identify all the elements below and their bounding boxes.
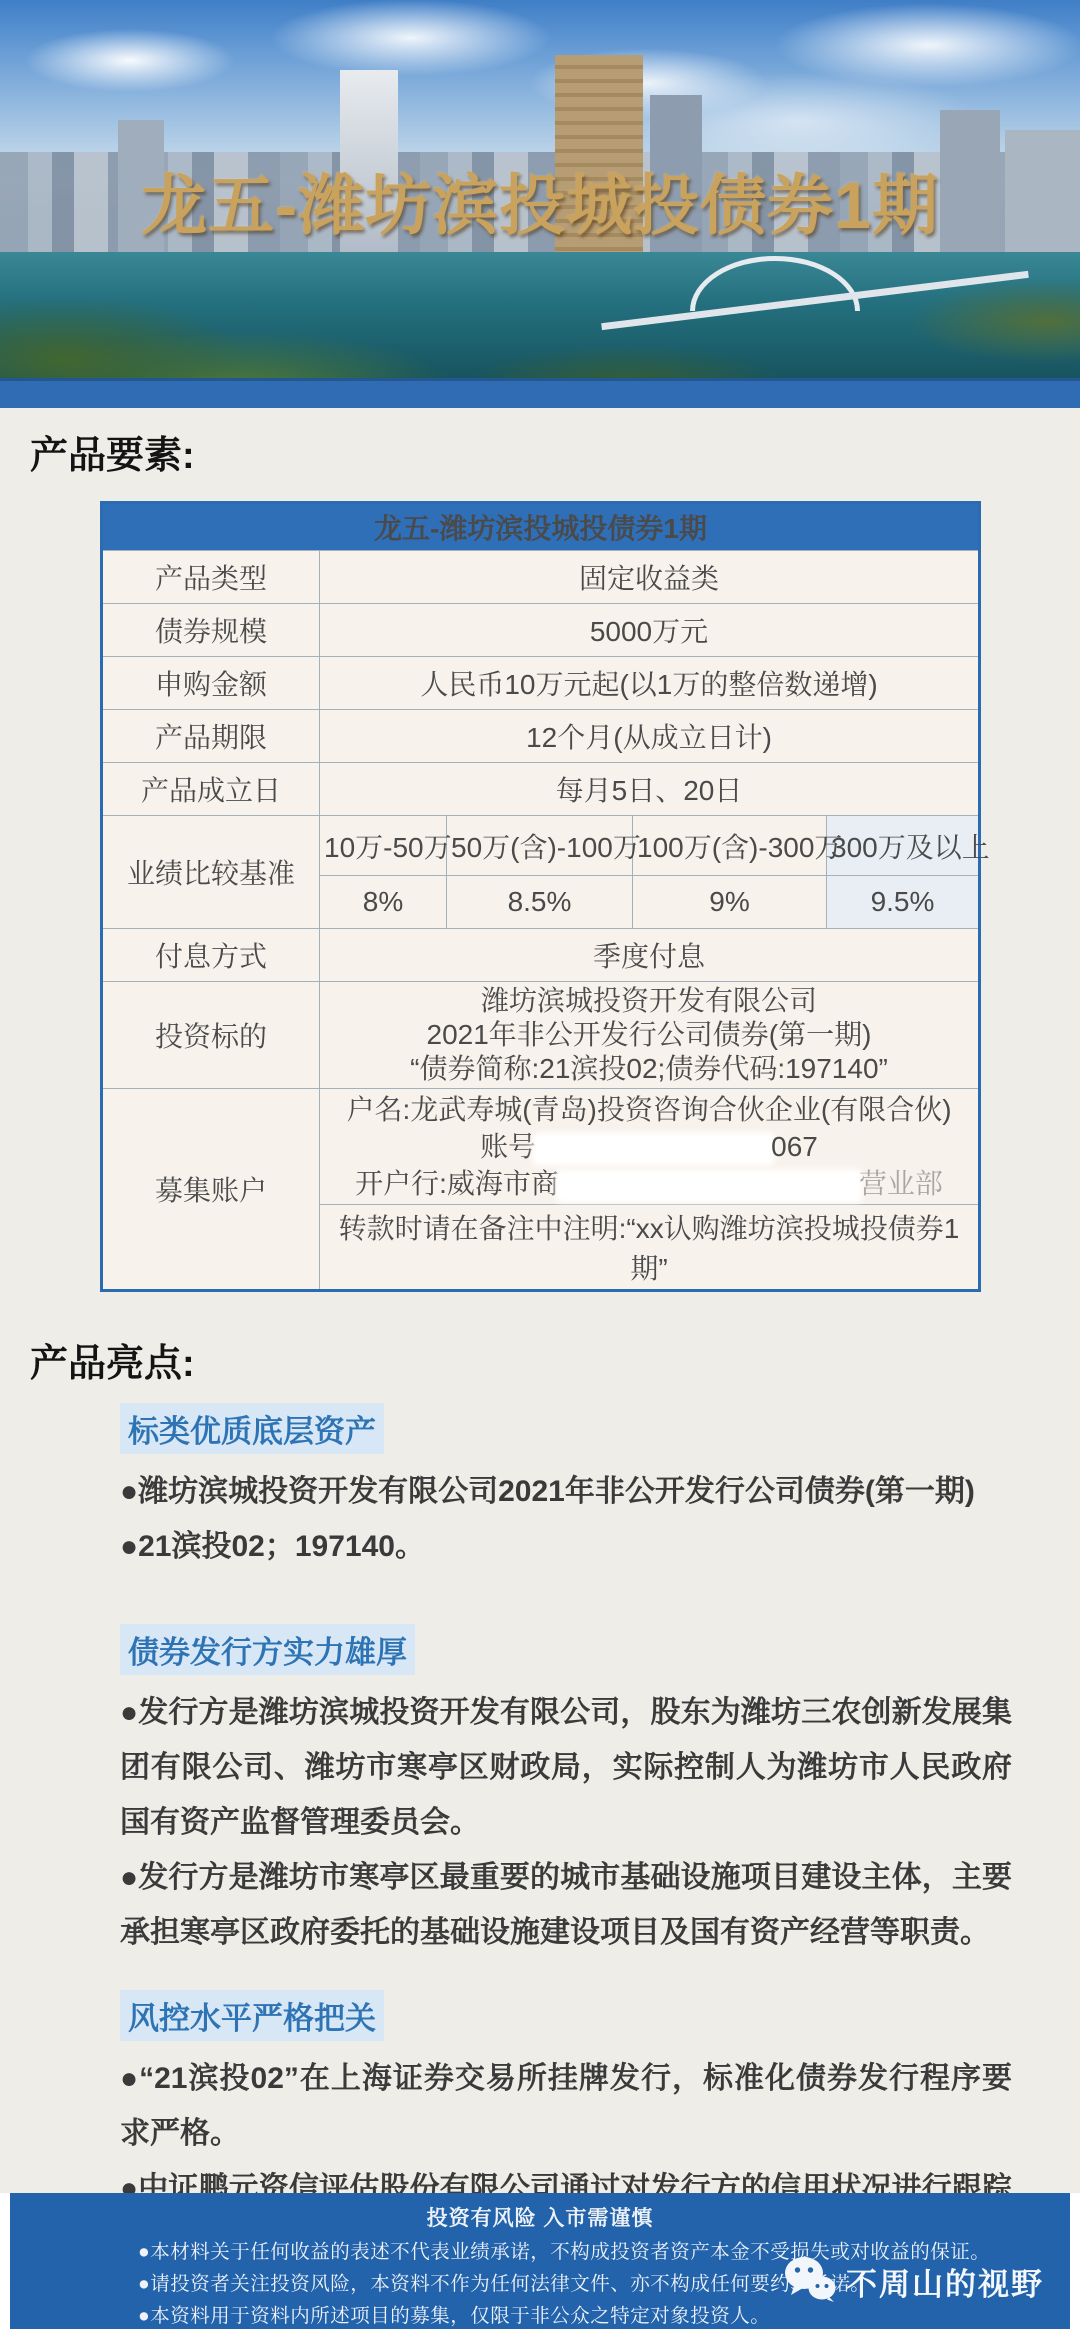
row-value: 季度付息 <box>320 929 980 982</box>
brand-badge: 不周山的视野 <box>784 2256 1044 2307</box>
blue-divider-band <box>0 378 1080 408</box>
benchmark-rate: 8.5% <box>447 876 633 929</box>
highlight-section-risk: 风控水平严格把关 ●“21滨投02”在上海证券交易所挂牌发行，标准化债券发行程序… <box>120 1990 1012 2193</box>
highlight-bullet: ●发行方是潍坊市寒亭区最重要的城市基础设施项目建设主体，主要承担寒亭区政府委托的… <box>120 1850 1012 1960</box>
content-area: 产品要素: 龙五-潍坊滨投城投债券1期 产品类型 固定收益类 债券规模 5000… <box>0 408 1080 2193</box>
benchmark-label: 业绩比较基准 <box>102 816 320 929</box>
benchmark-rate: 8% <box>320 876 447 929</box>
row-value: 固定收益类 <box>320 551 980 604</box>
benchmark-rate: 9.5% <box>827 876 980 929</box>
banner-title: 龙五-潍坊滨投城投债券1期 <box>0 152 1080 247</box>
benchmark-tier: 100万(含)-300万 <box>633 816 827 876</box>
account-bank-line: 开户行:威海市商营业部 <box>324 1165 974 1202</box>
row-value: 人民币10万元起(以1万的整倍数递增) <box>320 657 980 710</box>
account-cell: 户名:龙武寿城(青岛)投资咨询合伙企业(有限合伙) 账号067 开户行:威海市商… <box>320 1089 980 1205</box>
row-label: 投资标的 <box>102 982 320 1089</box>
redaction-box <box>536 1136 771 1162</box>
highlight-bullet: ●潍坊滨城投资开发有限公司2021年非公开发行公司债券(第一期) <box>120 1464 1012 1519</box>
redaction-box <box>559 1173 859 1199</box>
account-label: 募集账户 <box>102 1089 320 1291</box>
product-table: 龙五-潍坊滨投城投债券1期 产品类型 固定收益类 债券规模 5000万元 申购金… <box>100 501 981 1292</box>
highlight-bullet: ●21滨投02；197140。 <box>120 1519 1012 1574</box>
target-line: 2021年非公开发行公司债券(第一期) <box>324 1018 974 1052</box>
risk-disclaimer-footer: 投资有风险 入市需谨慎 ●本材料关于任何收益的表述不代表业绩承诺，不构成投资者资… <box>10 2193 1070 2329</box>
highlight-section-issuer: 债券发行方实力雄厚 ●发行方是潍坊滨城投资开发有限公司，股东为潍坊三农创新发展集… <box>120 1624 1012 1960</box>
river-art <box>0 252 1080 378</box>
section-heading-highlights: 产品亮点: <box>30 1332 1080 1387</box>
highlight-section-assets: 标类优质底层资产 ●潍坊滨城投资开发有限公司2021年非公开发行公司债券(第一期… <box>120 1403 1012 1574</box>
row-value: 每月5日、20日 <box>320 763 980 816</box>
benchmark-tier: 300万及以上 <box>827 816 980 876</box>
row-label: 产品成立日 <box>102 763 320 816</box>
risk-warning: 投资有风险 入市需谨慎 <box>10 2202 1070 2232</box>
benchmark-rate: 9% <box>633 876 827 929</box>
highlight-bullet: ●发行方是潍坊滨城投资开发有限公司，股东为潍坊三农创新发展集团有限公司、潍坊市寒… <box>120 1685 1012 1850</box>
table-title: 龙五-潍坊滨投城投债券1期 <box>102 503 980 551</box>
transfer-note: 转款时请在备注中注明:“xx认购潍坊滨投城投债券1期” <box>320 1205 980 1291</box>
highlight-title: 标类优质底层资产 <box>120 1403 384 1454</box>
account-number-line: 账号067 <box>324 1128 974 1165</box>
row-label: 付息方式 <box>102 929 320 982</box>
highlight-bullet: ●“21滨投02”在上海证券交易所挂牌发行，标准化债券发行程序要求严格。 <box>120 2051 1012 2161</box>
row-label: 产品期限 <box>102 710 320 763</box>
highlight-bullet: ●中证鹏元资信评估股份有限公司通过对发行方的信用状况进行跟踪分析和评估，确定维持… <box>120 2161 1012 2193</box>
banner-photo: 龙五-潍坊滨投城投债券1期 <box>0 0 1080 378</box>
brand-name: 不周山的视野 <box>846 2259 1044 2304</box>
row-label: 债券规模 <box>102 604 320 657</box>
wechat-icon <box>784 2256 838 2307</box>
section-heading-elements: 产品要素: <box>30 408 1080 479</box>
row-label: 申购金额 <box>102 657 320 710</box>
row-label: 产品类型 <box>102 551 320 604</box>
row-value: 12个月(从成立日计) <box>320 710 980 763</box>
target-line: “债券简称:21滨投02;债券代码:197140” <box>324 1052 974 1086</box>
row-value: 5000万元 <box>320 604 980 657</box>
highlight-title: 债券发行方实力雄厚 <box>120 1624 415 1675</box>
account-name-line: 户名:龙武寿城(青岛)投资咨询合伙企业(有限合伙) <box>324 1091 974 1128</box>
target-line: 潍坊滨城投资开发有限公司 <box>324 984 974 1018</box>
investment-target-cell: 潍坊滨城投资开发有限公司 2021年非公开发行公司债券(第一期) “债券简称:2… <box>320 982 980 1089</box>
benchmark-tier: 10万-50万 <box>320 816 447 876</box>
highlight-title: 风控水平严格把关 <box>120 1990 384 2041</box>
benchmark-tier: 50万(含)-100万 <box>447 816 633 876</box>
